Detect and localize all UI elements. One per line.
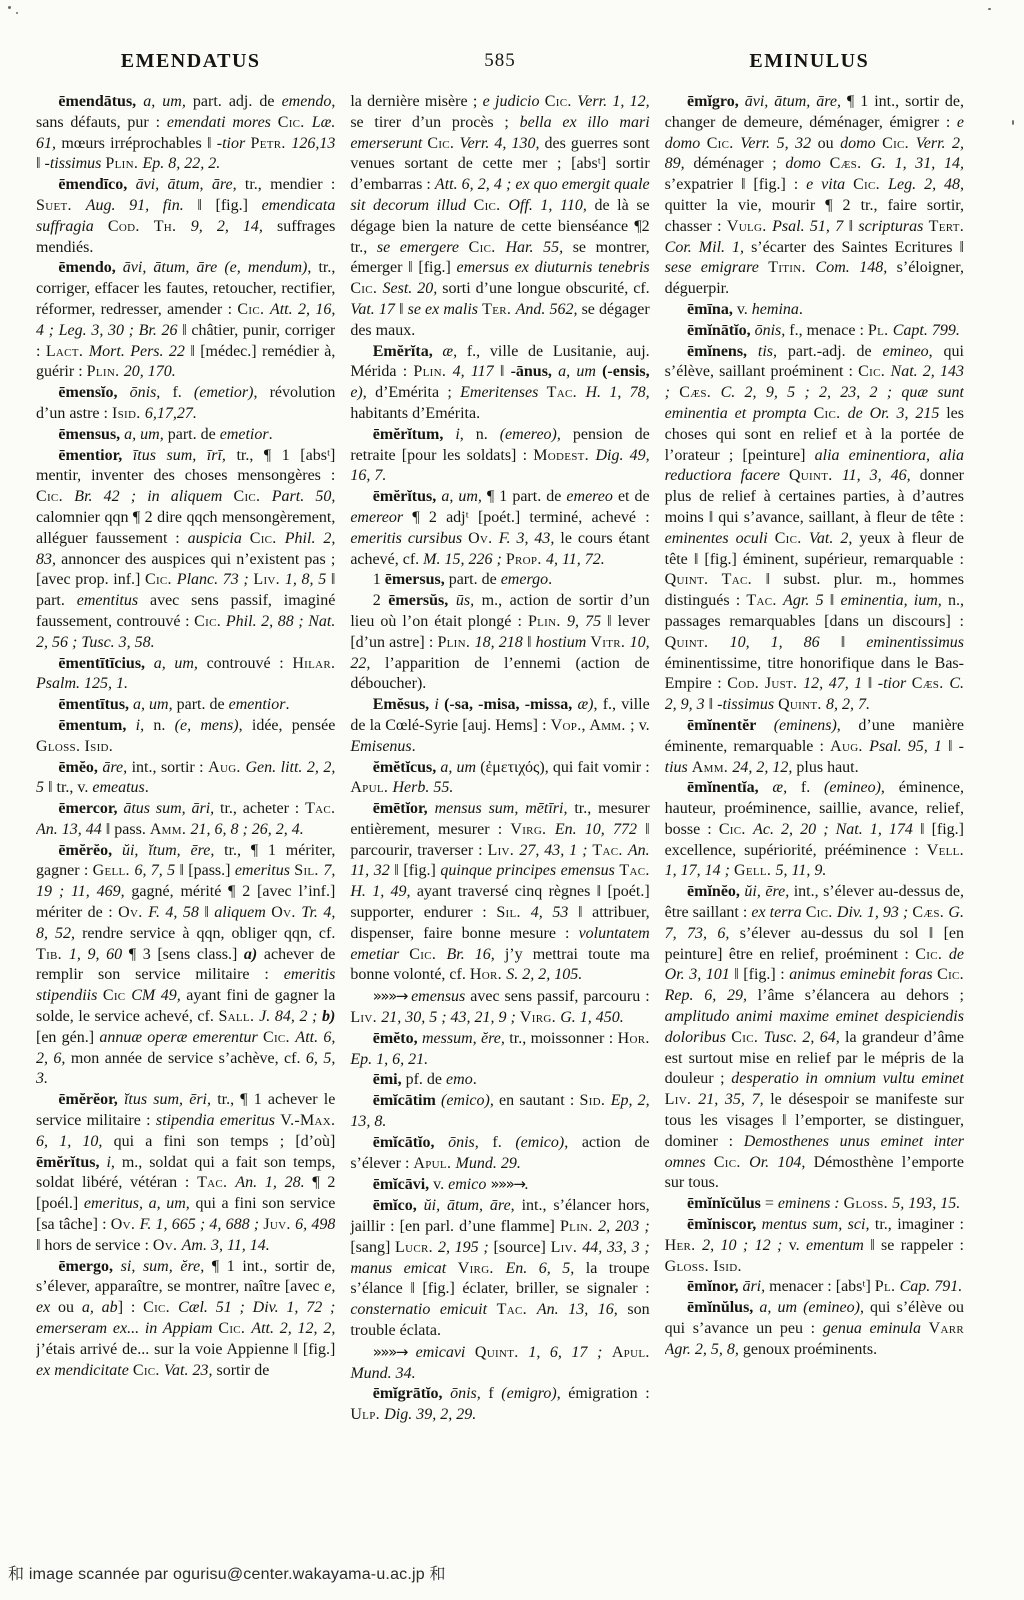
dictionary-entry: ēmĕrĕo, ŭi, ĭtum, ēre, tr., ¶ 1 mériter,… <box>36 841 335 1091</box>
text-run: Virg. <box>520 1009 560 1026</box>
text-run: eminentissimus <box>866 634 964 651</box>
text-run: a, um (emineo) <box>759 1299 860 1316</box>
text-run: H. 1, 49, <box>350 883 417 900</box>
text-run: ementum <box>806 1237 870 1254</box>
text-run: 6, 1, 10, <box>36 1133 114 1150</box>
text-run: . <box>524 1176 528 1193</box>
text-run: 126,13 <box>291 135 335 152</box>
text-run: . <box>145 779 149 796</box>
text-run: l’apparition de l’ennemi (action de débo… <box>350 655 649 693</box>
dictionary-entry: ēmĕrĕor, ĭtus sum, ēri, tr., ¶ 1 achever… <box>36 1090 335 1256</box>
text-run: Tac. <box>619 862 649 879</box>
text-run: En. 6, 5, <box>506 1260 586 1277</box>
text-run: Cic. <box>250 530 285 547</box>
dictionary-entry: ēmergo, si, sum, ĕre, ¶ 1 int., sortir d… <box>36 1257 335 1382</box>
headword: ēmĕto, <box>373 1030 422 1047</box>
text-run: Verr. 1, 12, <box>577 93 649 110</box>
text-run: ‖ [fig.] : <box>734 966 789 983</box>
text-run: . <box>799 301 803 318</box>
headword: ēmĭniscor, <box>687 1216 762 1233</box>
text-run: 18, 218 <box>475 634 527 651</box>
dictionary-entry: ēmĭgrātĭo, ōnis, f (emigro), émigration … <box>350 1384 649 1426</box>
text-run: auspicia <box>188 530 250 547</box>
text-run: 4, 53 <box>531 904 578 921</box>
text-run: ūs, <box>456 592 482 609</box>
text-run: Part. 50, <box>272 488 336 505</box>
text-run: Verr. 5, 32 <box>740 135 817 152</box>
text-run: An. 1, 28. <box>235 1174 312 1191</box>
text-run: Com. 148, <box>816 259 897 276</box>
text-run: ‖ [pass.] <box>179 862 234 879</box>
text-run: a, um <box>440 759 480 776</box>
text-run: (emineo) <box>824 779 881 796</box>
text-run: Verr. 4, 130, <box>460 135 545 152</box>
text-run: 9, 2, 14, <box>191 218 277 235</box>
text-run: Aug. 91, fin. <box>86 197 198 214</box>
headword: ēmĭnor, <box>687 1278 742 1295</box>
text-run: Hor. <box>618 1030 650 1047</box>
text-run: e) <box>350 384 362 401</box>
text-run: quinque principes emensus <box>440 862 619 879</box>
page-number: 585 <box>484 50 516 71</box>
text-run: Liv. <box>253 571 285 588</box>
column-center: la dernière misère ; e judicio Cic. Verr… <box>350 92 649 1550</box>
text-run: . <box>548 571 552 588</box>
headword: ēmĕrĭtus, <box>36 1154 106 1171</box>
text-run: part. de <box>449 571 501 588</box>
text-run: ‖ <box>830 592 841 609</box>
text-run: Agr. 5 <box>783 592 830 609</box>
text-run: (emetior) <box>194 384 254 401</box>
headword: ēmergo, <box>58 1258 120 1275</box>
text-run: Plin. <box>413 363 452 380</box>
text-run: Or. 104, <box>749 1154 813 1171</box>
text-run: mensus sum, mētīri, <box>435 800 575 817</box>
text-run: ] : <box>118 1299 143 1316</box>
text-run: s’expatrier ‖ [fig.] : <box>665 176 806 193</box>
text-run: menacer : [absᵗ] <box>769 1278 875 1295</box>
text-run: 27, 43, 1 ; <box>519 842 592 859</box>
text-run: Sest. 20, <box>382 280 442 297</box>
text-run: v. <box>433 1176 448 1193</box>
text-run: emineo <box>882 343 928 360</box>
headword: ēmensus, <box>58 426 124 443</box>
text-run: Cic. <box>409 946 446 963</box>
text-run: Tac. <box>305 800 335 817</box>
text-run: Psalm. 125, 1. <box>36 675 128 692</box>
text-run: rendre service à qqn, obliger qqn, cf. <box>82 925 335 942</box>
text-run: ; v. <box>630 717 650 734</box>
text-run: Ov. <box>118 904 148 921</box>
dictionary-entry: ēmĭnŭlus, a, um (emineo), qui s’élève ou… <box>665 1298 964 1360</box>
dictionary-entry: ĕmĕtĭcus, a, um (ἐμετιχός), qui fait vom… <box>350 758 649 800</box>
text-run: Virg. <box>458 1260 506 1277</box>
text-run: hemina <box>752 301 799 318</box>
text-run: i, <box>136 717 154 734</box>
text-run: F. 3, 43, <box>499 530 561 547</box>
text-run: pf. de <box>406 1071 446 1088</box>
dictionary-entry: ēmĭnentĕr (eminens), d’une manière émine… <box>665 716 964 778</box>
text-run: Cic. <box>707 135 741 152</box>
text-run: Hilar. <box>292 655 335 672</box>
text-run: Mort. Pers. 22 <box>89 343 191 360</box>
text-run: Cic. <box>719 821 753 838</box>
text-run: Plin. <box>528 613 567 630</box>
dictionary-entry: ēmīna, v. hemina. <box>665 300 964 321</box>
text-run: ōnis, <box>450 1385 488 1402</box>
text-run: ‖ <box>948 738 959 755</box>
text-run: ex mendicitate <box>36 1362 133 1379</box>
text-run: Plin. <box>560 1218 598 1235</box>
dictionary-entry: ēmensus, a, um, part. de emetior. <box>36 425 335 446</box>
text-run: Sall. <box>218 1008 259 1025</box>
text-run: Tac. <box>197 1174 235 1191</box>
text-run: Div. 1, 93 ; <box>837 904 912 921</box>
headword: Emĕrĭta, <box>373 343 443 360</box>
text-run: V.-Max. <box>280 1112 335 1129</box>
text-run: Cic. <box>278 114 312 131</box>
dictionary-entry: 2 ēmersŭs, ūs, m., action de sortir d’un… <box>350 591 649 695</box>
dictionary-entry: Emĕsus, i (-sa, -misa, -missa, æ), f., v… <box>350 695 649 757</box>
text-run: Cic. <box>133 1362 164 1379</box>
headword: ēmĭgrātĭo, <box>373 1385 450 1402</box>
text-run: 21, 30, 5 ; 43, 21, 9 ; <box>381 1009 520 1026</box>
text-run: Psal. 51, 7 <box>772 218 848 235</box>
text-run: f., menace : <box>789 322 868 339</box>
text-run: ĭtus sum, ēri, <box>124 1091 217 1108</box>
text-run: 24, 2, 12, <box>732 759 796 776</box>
dictionary-entry: la dernière misère ; e judicio Cic. Verr… <box>350 92 649 342</box>
text-run: Har. 55, <box>505 239 572 256</box>
headword: ēmĭnentĕr <box>687 717 774 734</box>
text-run: Cic. <box>427 135 459 152</box>
headword: ēmersus, <box>385 571 449 588</box>
text-run: Br. 16, <box>447 946 505 963</box>
text-run: Cod. Just. <box>727 675 803 692</box>
text-run: tr., acheter : <box>220 800 305 817</box>
text-run: Apul. <box>612 1344 650 1361</box>
text-run: Vitr. <box>590 634 629 651</box>
headword: ēmendo, <box>58 259 122 276</box>
text-run: n. <box>153 717 174 734</box>
dictionary-entry: ēmĭnor, āri, menacer : [absᵗ] Pl. Cap. 7… <box>665 1277 964 1298</box>
text-run: sorti d’une longue obscurité, cf. <box>442 280 649 297</box>
text-run: Quint. <box>778 696 826 713</box>
dictionary-entry: ēmĕo, āre, int., sortir : Aug. Gen. litt… <box>36 758 335 800</box>
text-run: An. 13, 44 <box>36 821 106 838</box>
text-run: Plin. <box>87 363 124 380</box>
scan-artifact <box>16 12 18 14</box>
text-run: déménager ; <box>693 155 785 172</box>
text-run: 4, 11, 72. <box>546 551 605 568</box>
text-run: a, um <box>558 363 602 380</box>
headword: ēmentior, <box>58 447 132 464</box>
text-run: (emico) <box>441 1092 490 1109</box>
dictionary-entry: ēmentītus, a, um, part. de ementior. <box>36 695 335 716</box>
text-run: Amm. <box>692 759 733 776</box>
text-run: ‖ <box>36 155 45 172</box>
text-run: eminens : <box>778 1195 844 1212</box>
text-run: Agr. 2, 5, 8, <box>665 1341 743 1358</box>
text-run: Mund. 34. <box>350 1365 415 1382</box>
text-run: Cic. <box>237 301 270 318</box>
text-run: ‖ pass. <box>106 821 150 838</box>
dictionary-entry: ēmendīco, āvi, ātum, āre, tr., mendier :… <box>36 175 335 258</box>
text-run: ‖ <box>841 634 867 651</box>
dictionary-entry: ēmĭniscor, mentus sum, sci, tr., imagine… <box>665 1215 964 1277</box>
running-title-left: EMENDATUS <box>121 50 261 72</box>
text-run: CM 49, <box>131 987 186 1004</box>
text-run: 21, 6, 8 ; 26, 2, 4. <box>190 821 303 838</box>
text-run: habitants d’Emérita. <box>350 405 480 422</box>
text-run: En. 10, 772 <box>555 821 645 838</box>
dictionary-entry: ēmĭnĭcŭlus = eminens : Gloss. 5, 193, 15… <box>665 1194 964 1215</box>
headword: Emĕsus, <box>373 696 435 713</box>
text-run: Prop. <box>506 551 546 568</box>
text-run: se ex malis <box>408 301 483 318</box>
text-run: Cic. <box>714 1154 749 1171</box>
text-run: Apul. <box>350 779 392 796</box>
text-run: Cic. <box>474 197 509 214</box>
text-run: , émigration : <box>557 1385 650 1402</box>
text-run: Am. 3, 11, 14. <box>182 1237 270 1254</box>
text-run: F. 1, 665 ; 4, 688 ; <box>140 1216 264 1233</box>
text-run: controuvé : <box>207 655 293 672</box>
text-run: Tusc. 2, 64, <box>764 1029 845 1046</box>
text-run: f. <box>492 1134 515 1151</box>
text-run: domo <box>840 135 882 152</box>
text-run: Quint. <box>665 634 730 651</box>
text-run: Vop., Amm. <box>551 717 630 734</box>
text-run: Mund. 29. <box>456 1155 521 1172</box>
text-run: l’âme s’élancera au dehors ; <box>758 987 964 1004</box>
dictionary-entry: ēmĭnĕo, ŭi, ēre, int., s’élever au-dessu… <box>665 882 964 1194</box>
text-run: ‖ <box>399 301 408 318</box>
dictionary-entry: ēmi, pf. de emo. <box>350 1070 649 1091</box>
text-run: Gloss. Isid. <box>36 738 113 755</box>
text-run: e judicio <box>483 93 545 110</box>
text-run: 9, 75 <box>567 613 607 630</box>
text-run: āvi, ātum, āre, <box>745 93 847 110</box>
text-run: Gloss. <box>844 1195 893 1212</box>
text-run: eminentes oculi <box>665 530 775 547</box>
headword: ēmĕo, <box>58 759 102 776</box>
text-run: 1, 8, 5 <box>285 571 331 588</box>
text-run: Ov. <box>111 1216 140 1233</box>
text-run: emendati mores <box>167 114 278 131</box>
headword: ēmĭnĭcŭlus <box>687 1195 765 1212</box>
text-run: 8, 2, 7. <box>826 696 870 713</box>
text-run: Cæs. <box>912 675 950 692</box>
headword: ēmĭcātĭo, <box>373 1134 448 1151</box>
text-run: f. <box>172 384 193 401</box>
dictionary-entry: ēmĕrĭtum, i, n. (emereo), pension de ret… <box>350 425 649 487</box>
text-run: b) <box>322 1008 335 1025</box>
headword: ēmendātus, <box>58 93 143 110</box>
text-run: Amm. <box>150 821 191 838</box>
text-run: e vita <box>806 176 853 193</box>
text-run: Ep. 8, 22, 2. <box>142 155 220 172</box>
text-run: int., sortir : <box>132 759 209 776</box>
dictionary-entry: ēmendo, āvi, ātum, āre (e, mendum), tr.,… <box>36 258 335 383</box>
text-run: (eminens) <box>774 717 837 734</box>
page-header: EMENDATUS 585 EMINULUS <box>36 50 964 73</box>
headword: ēmĭcāvi, <box>373 1176 433 1193</box>
text-run: Cic. <box>194 613 226 630</box>
text-run: āvi, ātum, āre (e, mendum) <box>123 259 308 276</box>
text-run: hostium <box>536 634 591 651</box>
headword: ēmĭgro, <box>687 93 745 110</box>
text-run: Apul. <box>413 1155 455 1172</box>
text-run: ou <box>58 1299 82 1316</box>
text-run: Cap. 791. <box>900 1278 963 1295</box>
text-run: 6, 498 <box>295 1216 335 1233</box>
text-run: Rep. 6, 29, <box>665 987 758 1004</box>
text-run: Cic. <box>814 405 848 422</box>
dictionary-entry: 1 ēmersus, part. de emergo. <box>350 570 649 591</box>
text-run: Cic. <box>145 571 177 588</box>
text-run: [sang] <box>350 1239 395 1256</box>
text-run: ex terra <box>751 904 805 921</box>
dictionary-entry: »»»→ emensus avec sens passif, parcouru … <box>350 986 649 1029</box>
headword: ēmersŭs, <box>388 592 456 609</box>
text-run: domo <box>785 155 829 172</box>
text-run: Cor. Mil. 1, <box>665 239 751 256</box>
text-run: Vell. <box>927 842 964 859</box>
headword: ēmentītīcius, <box>58 655 153 672</box>
text-run: si, sum, ĕre, <box>121 1258 212 1275</box>
text-run: 2, 195 ; <box>438 1239 493 1256</box>
text-run: genoux proéminents. <box>743 1341 877 1358</box>
text-run: ‖ [fig.] <box>197 197 261 214</box>
text-run: Sil. <box>294 862 323 879</box>
text-run: Petr. <box>251 135 292 152</box>
text-run: Titin. <box>768 259 815 276</box>
text-run: Dig. 39, 2, 29. <box>384 1406 476 1423</box>
text-run: ‖ <box>500 363 511 380</box>
text-run: -tissimus <box>717 696 778 713</box>
text-run: de Or. 3, 215 <box>848 405 947 422</box>
text-run: G. 1, 450. <box>560 1009 624 1026</box>
text-run: æ, <box>442 343 466 360</box>
text-run: ŭi, ēre, <box>744 883 793 900</box>
text-run: stipendia emeritus <box>156 1112 280 1129</box>
text-run: æ, <box>772 779 800 796</box>
text-run: Cic. <box>36 488 74 505</box>
text-run: part. de <box>177 696 229 713</box>
text-run: ‖ <box>709 696 718 713</box>
derivation-arrow-icon: »»»→ <box>373 1343 416 1361</box>
headword: -ānus, <box>511 363 559 380</box>
text-run: Sid. <box>580 1092 611 1109</box>
text-run: . <box>285 696 289 713</box>
headword: ēmentum, <box>58 717 135 734</box>
text-run: 5, 193, 15. <box>892 1195 960 1212</box>
dictionary-entry: ēmĭcātim (emico), en sautant : Sid. Ep, … <box>350 1091 649 1133</box>
text-run: Ac. 2, 20 ; Nat. 1, 174 <box>753 821 920 838</box>
text-run: Aug. <box>830 738 869 755</box>
text-run: -tissimus <box>45 155 106 172</box>
text-run: [source] <box>493 1239 550 1256</box>
text-run: āri, <box>742 1278 769 1295</box>
dictionary-entry: ēmĭnentĭa, æ, f. (emineo), éminence, hau… <box>665 778 964 882</box>
text-run: emensus <box>411 988 470 1005</box>
text-run: ¶ 1 part. de <box>487 488 566 505</box>
text-run: Ov. <box>271 904 301 921</box>
text-run: Cic. <box>731 1029 763 1046</box>
text-run: Liv. <box>350 1009 381 1026</box>
text-run: Cic. <box>915 946 949 963</box>
text-run: Cic. <box>233 488 271 505</box>
text-run: s’écarter des Saintes Ecritures ‖ <box>751 239 964 256</box>
text-run: Tert. <box>929 218 964 235</box>
headword: ēmĭnātĭo, <box>687 322 755 339</box>
text-run: Off. 1, 110, <box>508 197 594 214</box>
text-run: messum, ĕre, <box>422 1030 509 1047</box>
text-run: Vat. 23, <box>164 1362 216 1379</box>
text-run: ōnis, <box>130 384 173 401</box>
text-run: ōnis, <box>448 1134 492 1151</box>
text-run: Vat. 2, <box>809 530 860 547</box>
text-run: Pl. <box>868 322 893 339</box>
text-run: part. de <box>168 426 220 443</box>
text-run: emereor <box>350 509 412 526</box>
text-run: Liv. <box>551 1239 583 1256</box>
text-run: Ov. <box>468 530 499 547</box>
text-run: Virg. <box>510 821 554 838</box>
scan-artifact <box>8 6 11 9</box>
text-run: Ov. <box>153 1237 182 1254</box>
text-run: ementior <box>229 696 286 713</box>
text-run: a) <box>244 946 264 963</box>
dictionary-entry: ēmentum, i, n. (e, mens), idée, pensée G… <box>36 716 335 758</box>
text-run: eminentia, ium, <box>840 592 948 609</box>
text-run: āvi, ātum, āre, <box>136 176 245 193</box>
text-run: 20, 170. <box>124 363 176 380</box>
text-run: a, um, <box>124 426 168 443</box>
text-run: (emereo) <box>500 426 557 443</box>
headword: ēmĭnentĭa, <box>687 779 772 796</box>
text-run: Gell. <box>734 862 776 879</box>
text-run: -tior <box>878 675 912 692</box>
dictionary-entry: ēmĕrĭtus, a, um, ¶ 1 part. de emereo et … <box>350 487 649 570</box>
column-left: ēmendātus, a, um, part. adj. de emendo, … <box>36 92 335 1550</box>
text-run: plus haut. <box>796 759 858 776</box>
text-run: (e, mens) <box>175 717 239 734</box>
text-run: desperatio in omnium vultu eminet <box>731 1070 964 1087</box>
text-run: ōnis, <box>755 322 790 339</box>
text-run: a, um, <box>133 696 177 713</box>
text-run: 5, 11, 9. <box>776 862 827 879</box>
dictionary-entry: ēmĭcātĭo, ōnis, f. (emico), action de s’… <box>350 1133 649 1175</box>
headword: ēmĭco, <box>373 1197 424 1214</box>
text-run: v. <box>737 301 752 318</box>
text-run: tr., mendier : <box>245 176 335 193</box>
text-run: ‖ tr., v. <box>48 779 92 796</box>
text-run: Pl. <box>875 1278 900 1295</box>
text-run: Gloss. Isid. <box>665 1258 742 1275</box>
text-run: Juv. <box>263 1216 295 1233</box>
text-run: v. <box>789 1237 806 1254</box>
text-run: Cic. <box>853 176 888 193</box>
text-run: Tac. <box>746 592 783 609</box>
text-run: Tac. <box>547 384 586 401</box>
text-run: J. 84, 2 ; <box>259 1008 322 1025</box>
text-run: avec sens passif, parcouru : <box>470 988 649 1005</box>
headword: ēmētĭor, <box>373 800 435 817</box>
text-run: Ulp. <box>350 1406 384 1423</box>
text-run: F. 4, 58 <box>148 904 204 921</box>
